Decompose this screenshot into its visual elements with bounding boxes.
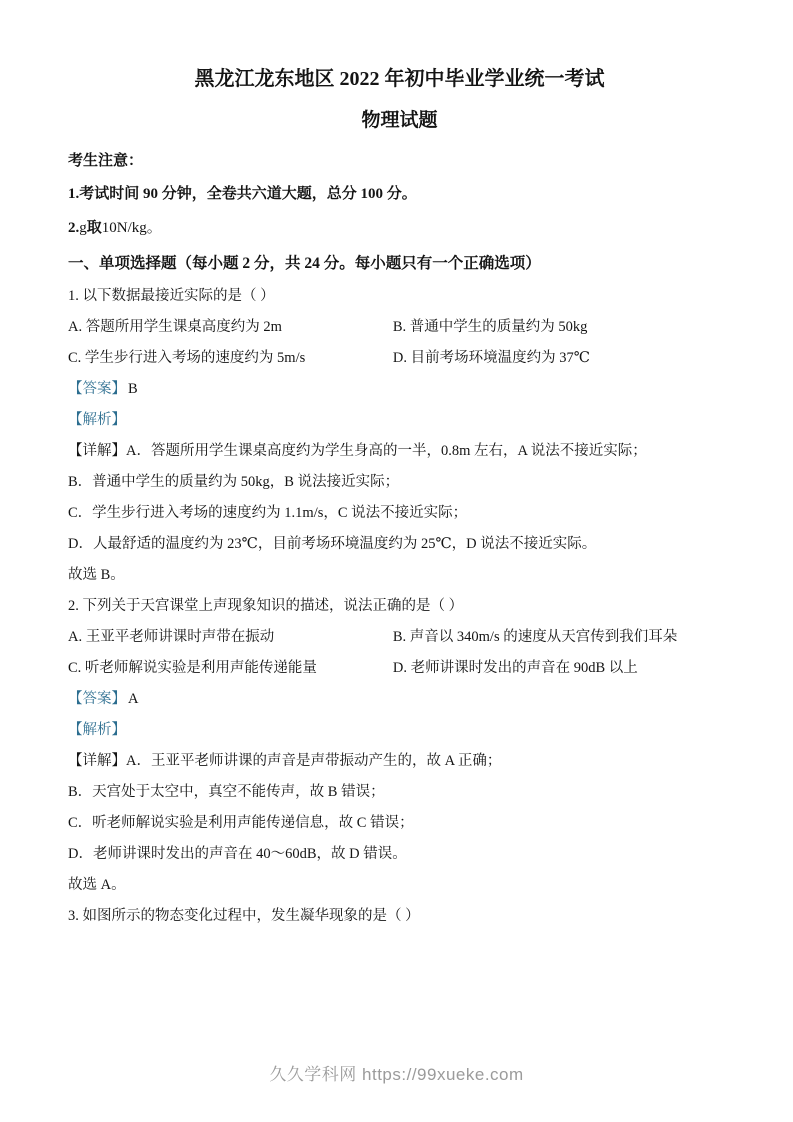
answer-value: B (128, 381, 138, 397)
question-2-detail-d: D．老师讲课时发出的声音在 40～60dB，故 D 错误。 (68, 844, 731, 864)
question-1-option-a: A. 答题所用学生课桌高度约为 2m (68, 317, 393, 337)
document-content: 黑龙江龙东地区 2022 年初中毕业学业统一考试 物理试题 考生注意： 1.考试… (68, 66, 731, 937)
question-1-option-c: C. 学生步行进入考场的速度约为 5m/s (68, 348, 393, 368)
question-1-options-row-1: A. 答题所用学生课桌高度约为 2m B. 普通中学生的质量约为 50kg (68, 317, 731, 337)
answer-value: A (128, 691, 138, 707)
exam-title: 黑龙江龙东地区 2022 年初中毕业学业统一考试 (68, 66, 731, 92)
question-1-text: 1. 以下数据最接近实际的是（ ） (68, 286, 731, 306)
question-2-option-c: C. 听老师解说实验是利用声能传递能量 (68, 658, 393, 678)
document-page: 黑龙江龙东地区 2022 年初中毕业学业统一考试 物理试题 考生注意： 1.考试… (0, 0, 793, 1122)
question-2-text: 2. 下列关于天宫课堂上声现象知识的描述，说法正确的是（ ） (68, 596, 731, 616)
question-2-detail-c: C．听老师解说实验是利用声能传递信息，故 C 错误； (68, 813, 731, 833)
notice-2-g-symbol: g (79, 220, 87, 236)
question-1-option-d: D. 目前考场环境温度约为 37℃ (393, 348, 731, 368)
notice-2-period: 。 (147, 220, 162, 236)
notice-2-number: 2. (68, 220, 79, 236)
question-1-option-b: B. 普通中学生的质量约为 50kg (393, 317, 731, 337)
question-2-analysis-line: 【解析】 (68, 720, 731, 740)
question-1-detail-d: D．人最舒适的温度约为 23℃，目前考场环境温度约为 25℃，D 说法不接近实际… (68, 534, 731, 554)
answer-label: 【答案】 (68, 381, 126, 397)
question-1-detail-a: 【详解】A．答题所用学生课桌高度约为学生身高的一半，0.8m 左右，A 说法不接… (68, 441, 731, 461)
question-1-options-row-2: C. 学生步行进入考场的速度约为 5m/s D. 目前考场环境温度约为 37℃ (68, 348, 731, 368)
answer-label: 【答案】 (68, 691, 126, 707)
notice-item-2: 2.g取10N/kg。 (68, 218, 731, 239)
question-2-answer-line: 【答案】A (68, 689, 731, 709)
question-2-detail-a: 【详解】A．王亚平老师讲课的声音是声带振动产生的，故 A 正确； (68, 751, 731, 771)
question-2-option-a: A. 王亚平老师讲课时声带在振动 (68, 627, 393, 647)
question-1-conclusion: 故选 B。 (68, 565, 731, 585)
notice-item-1: 1.考试时间 90 分钟，全卷共六道大题，总分 100 分。 (68, 184, 731, 205)
question-2-detail-b: B．天宫处于太空中，真空不能传声，故 B 错误； (68, 782, 731, 802)
notice-2-take: 取 (87, 220, 102, 236)
question-1-answer-line: 【答案】B (68, 379, 731, 399)
question-3-text: 3. 如图所示的物态变化过程中，发生凝华现象的是（ ） (68, 906, 731, 926)
question-1-detail-c: C．学生步行进入考场的速度约为 1.1m/s，C 说法不接近实际； (68, 503, 731, 523)
question-1-detail-b: B．普通中学生的质量约为 50kg，B 说法接近实际； (68, 472, 731, 492)
notice-heading: 考生注意： (68, 151, 731, 172)
question-2-options-row-1: A. 王亚平老师讲课时声带在振动 B. 声音以 340m/s 的速度从天宫传到我… (68, 627, 731, 647)
notice-2-value: 10N/kg (102, 220, 147, 236)
question-1-analysis-line: 【解析】 (68, 410, 731, 430)
question-2-option-b: B. 声音以 340m/s 的速度从天宫传到我们耳朵 (393, 627, 731, 647)
analysis-label: 【解析】 (68, 722, 126, 738)
watermark-footer: 久久学科网 https://99xueke.com (0, 1060, 793, 1085)
section-heading-choice: 一、单项选择题（每小题 2 分，共 24 分。每小题只有一个正确选项） (68, 253, 731, 274)
question-2-options-row-2: C. 听老师解说实验是利用声能传递能量 D. 老师讲课时发出的声音在 90dB … (68, 658, 731, 678)
analysis-label: 【解析】 (68, 412, 126, 428)
question-2-option-d: D. 老师讲课时发出的声音在 90dB 以上 (393, 658, 731, 678)
exam-subtitle: 物理试题 (68, 108, 731, 133)
question-2-conclusion: 故选 A。 (68, 875, 731, 895)
